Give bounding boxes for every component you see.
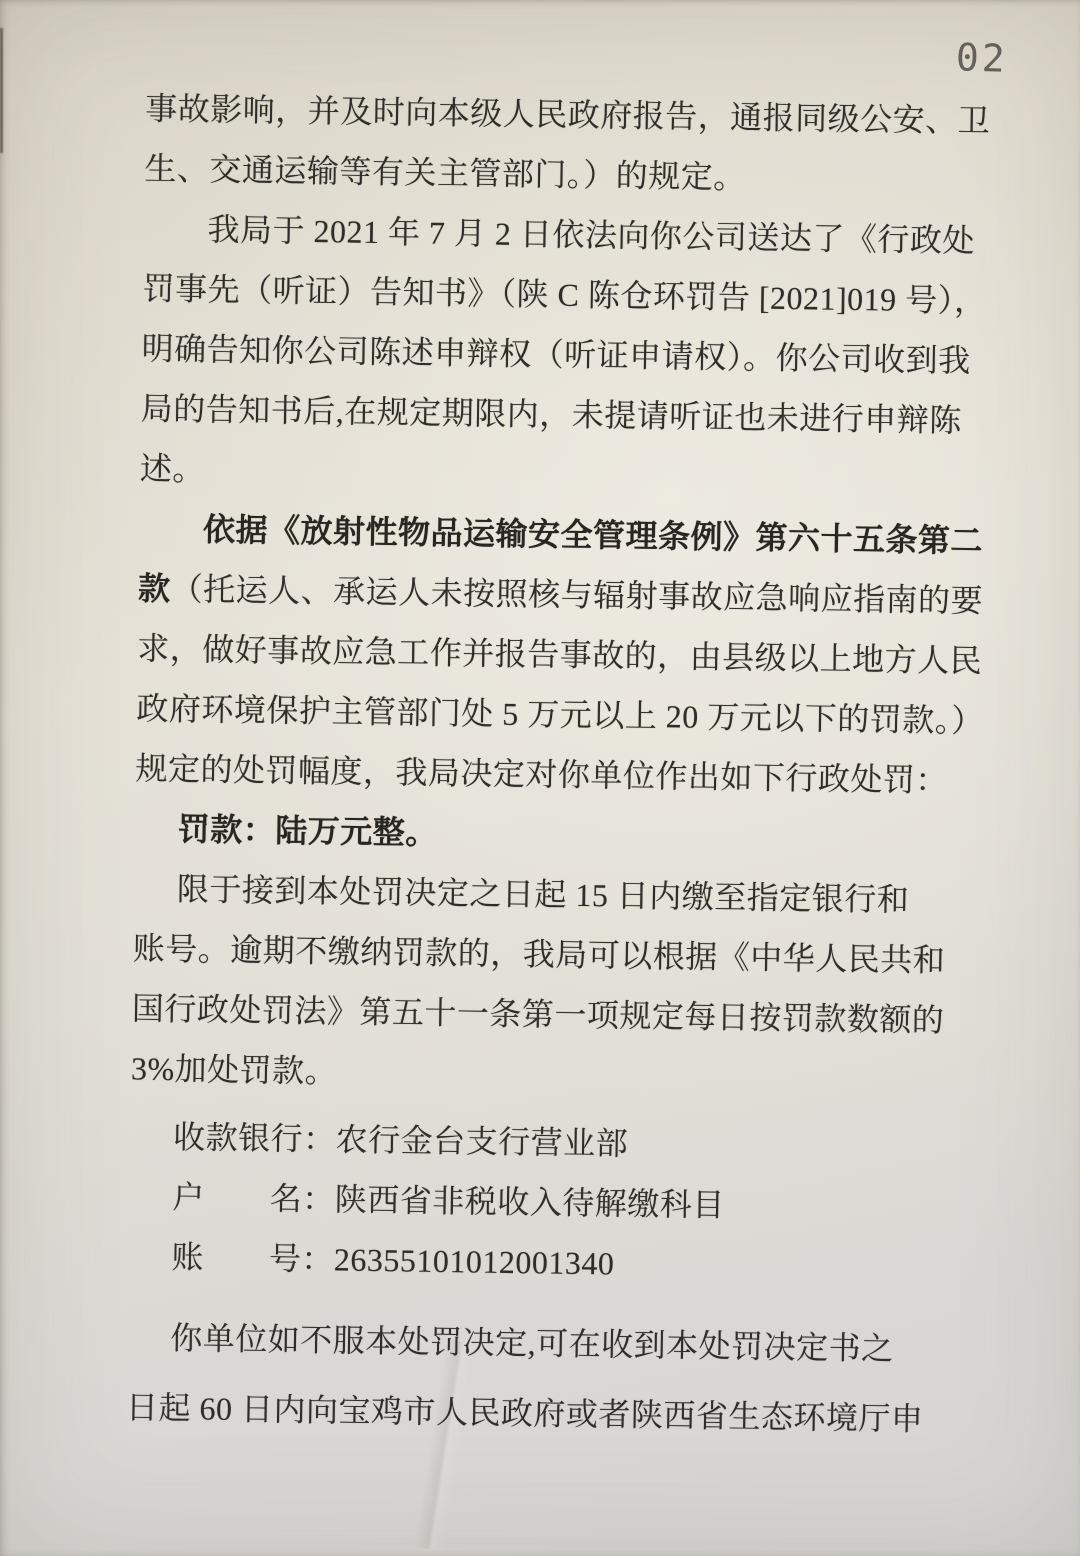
doc-line: 日起 60 日内向宝鸡市人民政府或者陕西省生态环境厅申: [125, 1372, 1026, 1455]
page-number-stamp: 02: [955, 35, 1008, 81]
account-number-label: 账 号：: [171, 1239, 334, 1277]
bank-name-value: 农行金台支行营业部: [335, 1121, 628, 1161]
account-number-row: 账 号：26355101012001340: [128, 1226, 1029, 1299]
scan-edge-artifact: [0, 28, 3, 153]
scanned-document-page: 02 事故影响，并及时向本级人民政府报告，通报同级公安、卫 生、交通运输等有关主…: [0, 0, 1080, 1556]
penalty-amount: 陆万元整。: [275, 812, 438, 850]
account-name-value: 陕西省非税收入待解缴科目: [335, 1181, 726, 1223]
account-name-label: 户 名：: [172, 1179, 335, 1217]
statute-text-segment: （托运人、承运人未按照核与辐射事故应急响应指南的要: [170, 571, 983, 619]
doc-line: 你单位如不服本处罚决定,可在收到本处罚决定书之: [127, 1302, 1028, 1385]
statute-citation-segment: 款: [138, 570, 171, 606]
account-number-value: 26355101012001340: [334, 1241, 615, 1281]
document-body: 事故影响，并及时向本级人民政府报告，通报同级公安、卫 生、交通运输等有关主管部门…: [125, 78, 1045, 1455]
penalty-label: 罚款：: [178, 811, 276, 848]
bank-name-label: 收款银行：: [173, 1119, 336, 1157]
